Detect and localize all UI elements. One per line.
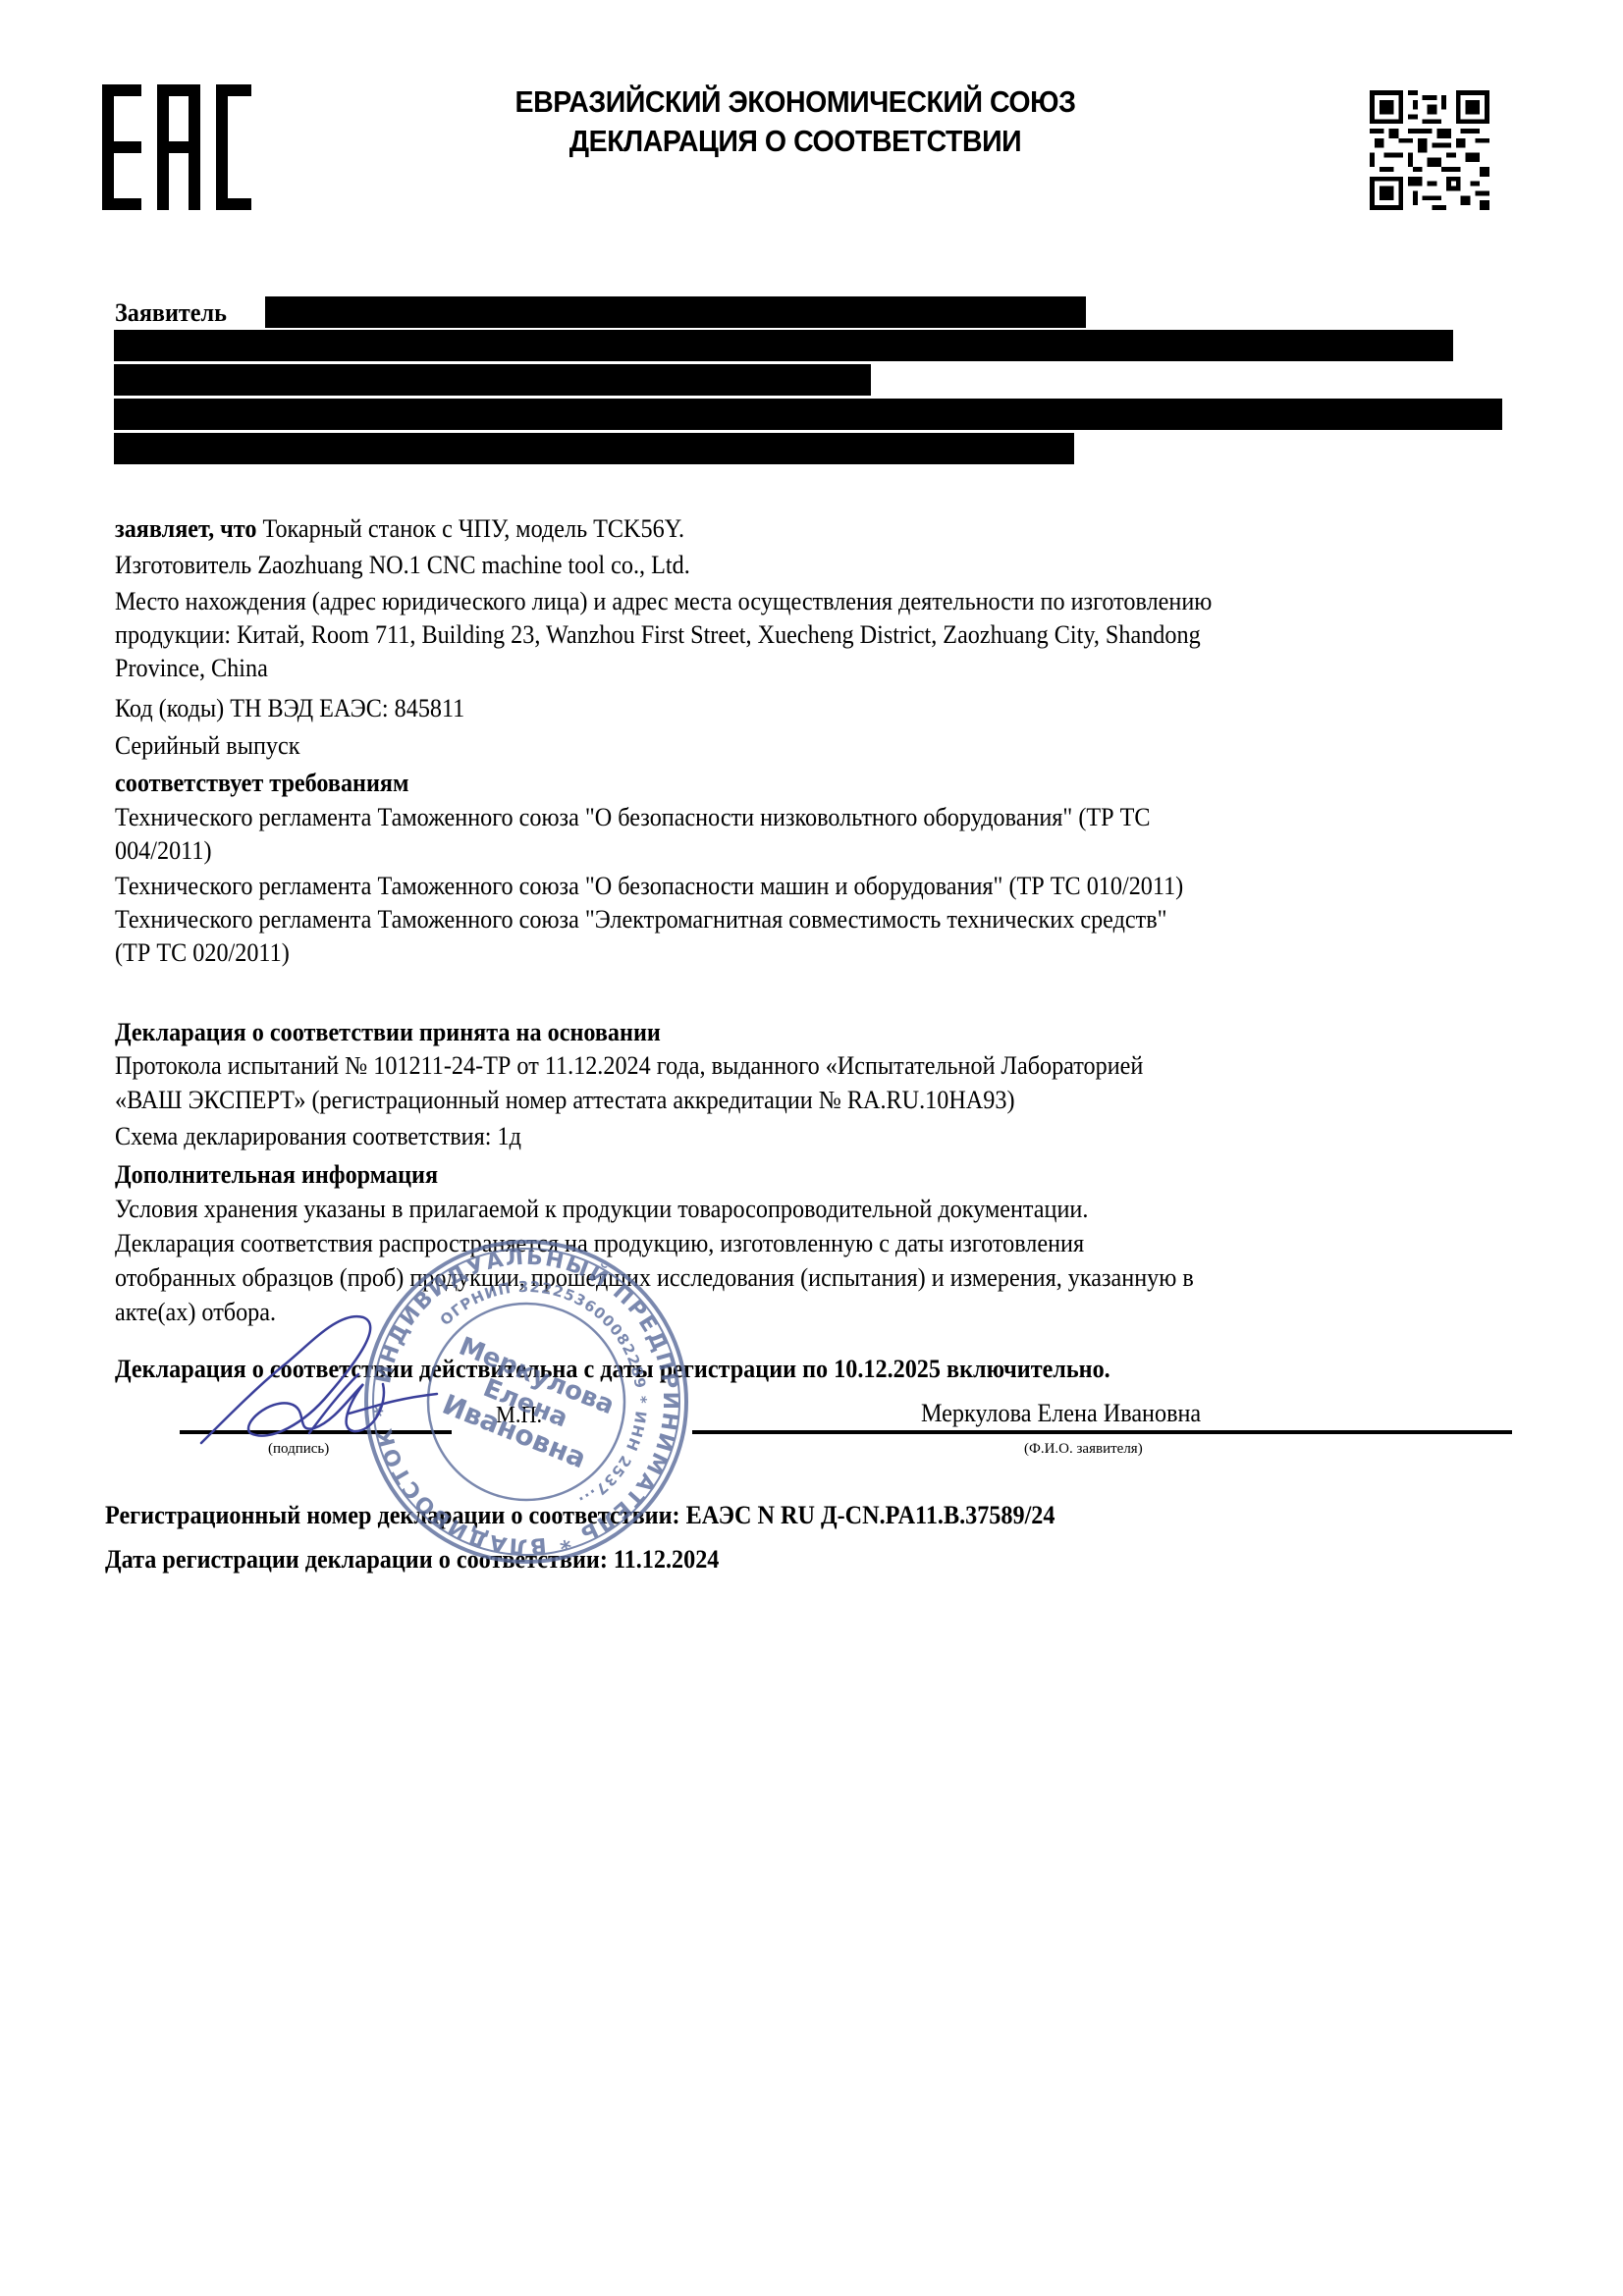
requirement-line: (ТР ТС 020/2011) (115, 936, 290, 970)
applicant-label: Заявитель (115, 296, 227, 330)
declaration-scheme: Схема декларирования соответствия: 1д (115, 1120, 521, 1153)
address-line: продукции: Китай, Room 711, Building 23,… (115, 618, 1201, 652)
additional-heading: Дополнительная информация (115, 1158, 438, 1192)
qr-code-icon[interactable] (1370, 90, 1489, 210)
production-type: Серийный выпуск (115, 729, 299, 763)
redaction-block (114, 330, 1453, 361)
requirement-line: Технического регламента Таможенного союз… (115, 801, 1151, 834)
basis-line: Протокола испытаний № 101211-24-ТР от 11… (115, 1049, 1143, 1083)
address-line: Province, China (115, 652, 268, 685)
requirement-line: Технического регламента Таможенного союз… (115, 903, 1166, 936)
handwritten-signature-icon (191, 1306, 447, 1453)
requirement-line: Технического регламента Таможенного союз… (115, 870, 1183, 903)
eac-logo-icon (102, 84, 251, 210)
name-underline (692, 1430, 1512, 1434)
redaction-block (114, 399, 1502, 430)
name-caption: (Ф.И.О. заявителя) (1024, 1441, 1143, 1458)
redaction-block (265, 296, 1086, 328)
hs-code: Код (коды) ТН ВЭД ЕАЭС: 845811 (115, 692, 464, 725)
applicant-name: Меркулова Елена Ивановна (921, 1397, 1201, 1430)
redaction-block (114, 433, 1074, 464)
product-name: Токарный станок с ЧПУ, модель TCK56Y. (256, 514, 684, 543)
document-title: ДЕКЛАРАЦИЯ О СООТВЕТСТВИИ (335, 124, 1256, 159)
union-title: ЕВРАЗИЙСКИЙ ЭКОНОМИЧЕСКИЙ СОЮЗ (335, 84, 1256, 120)
additional-line: Условия хранения указаны в прилагаемой к… (115, 1193, 1088, 1226)
basis-heading: Декларация о соответствии принята на осн… (115, 1016, 661, 1049)
requirements-heading: соответствует требованиям (115, 767, 408, 800)
manufacturer: Изготовитель Zaozhuang NO.1 CNC machine … (115, 549, 690, 582)
declares-label: заявляет, что (115, 514, 256, 543)
basis-line: «ВАШ ЭКСПЕРТ» (регистрационный номер атт… (115, 1084, 1015, 1117)
product-declaration: заявляет, что Токарный станок с ЧПУ, мод… (115, 512, 684, 546)
address-line: Место нахождения (адрес юридического лиц… (115, 585, 1212, 618)
redaction-block (114, 364, 871, 396)
requirement-line: 004/2011) (115, 834, 212, 868)
